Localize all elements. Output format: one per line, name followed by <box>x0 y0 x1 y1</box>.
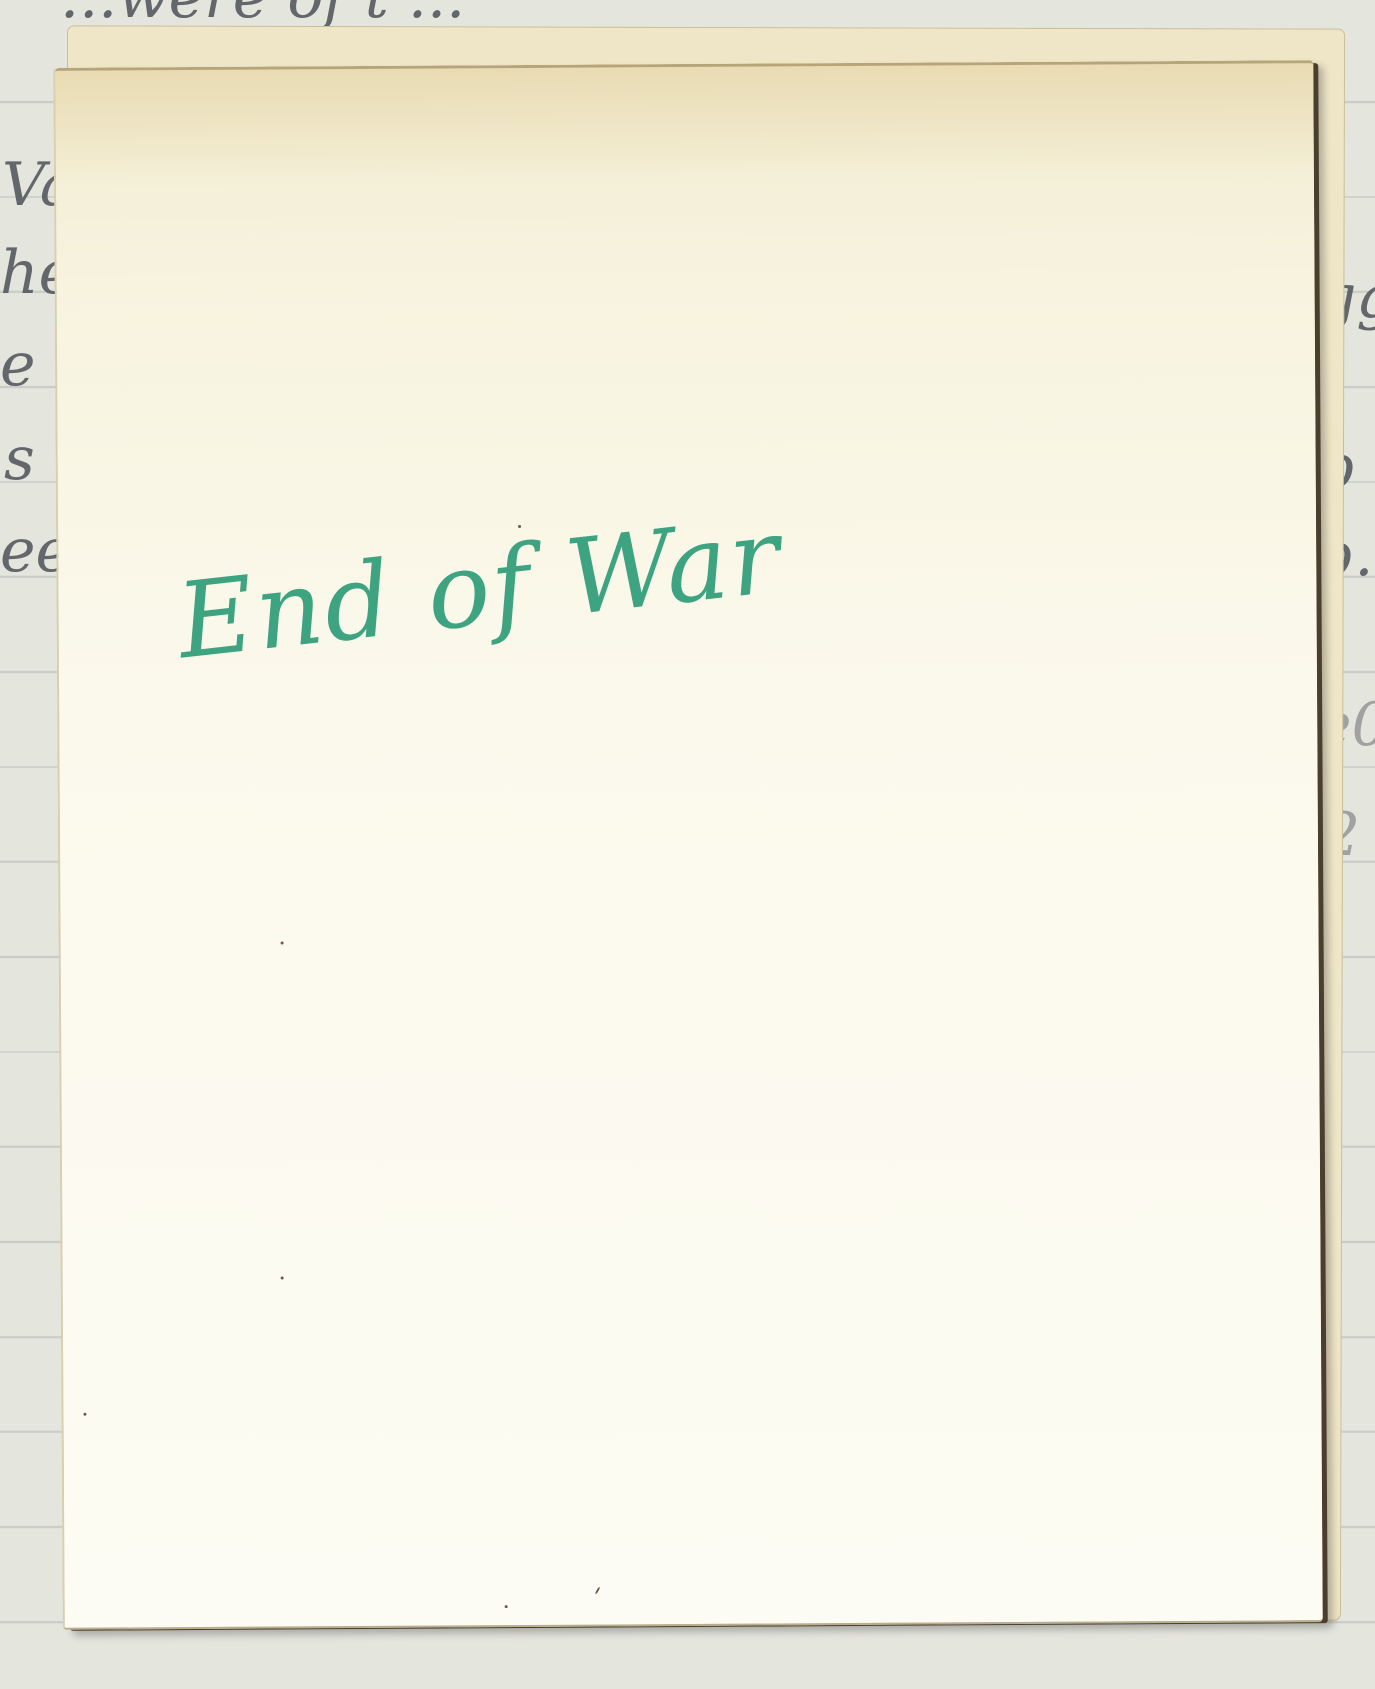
paper-speck <box>281 941 284 944</box>
paper-speck <box>505 1605 508 1608</box>
notecard-aged-top-edge <box>55 60 1314 181</box>
notecard: End of War <box>53 60 1323 1630</box>
paper-speck <box>83 1413 86 1416</box>
handwritten-inscription: End of War <box>172 494 788 682</box>
ledger-text-left-4: s <box>4 424 35 494</box>
paper-speck <box>518 525 521 528</box>
paper-speck <box>595 1587 601 1595</box>
paper-speck <box>281 1276 284 1279</box>
